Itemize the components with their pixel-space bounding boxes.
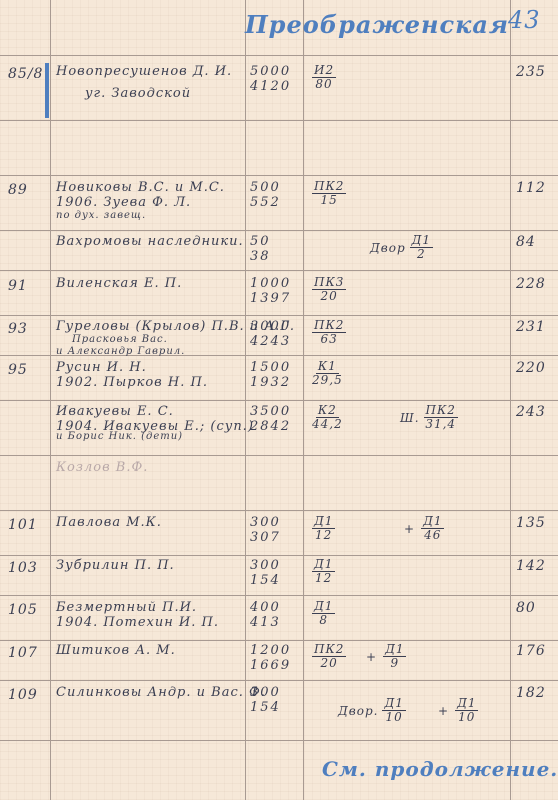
blue-margin-mark bbox=[45, 63, 49, 118]
fraction-numerator: ПК2 bbox=[312, 180, 346, 194]
fraction-numerator: К2 bbox=[316, 404, 339, 418]
fraction-denominator: 31,4 bbox=[425, 418, 456, 431]
class-fraction: Д18 bbox=[312, 600, 335, 627]
class-entry: Двор.Д110 bbox=[338, 697, 406, 724]
fraction-denominator: 9 bbox=[390, 657, 399, 670]
amount-value: 2842 bbox=[250, 419, 291, 434]
fraction-denominator: 15 bbox=[321, 194, 338, 207]
class-entry: ПК263 bbox=[312, 319, 346, 346]
owner-name-line: и Борис Ник. (дети) bbox=[56, 431, 183, 443]
class-fraction: ПК320 bbox=[312, 276, 346, 303]
class-entry: Д112 bbox=[312, 558, 335, 585]
owner-name-line: Шитиков А. М. bbox=[56, 643, 176, 658]
class-entry: ПК215 bbox=[312, 180, 346, 207]
fraction-denominator: 44,2 bbox=[312, 418, 343, 431]
fraction-numerator: Д1 bbox=[410, 234, 433, 248]
fraction-denominator: 10 bbox=[458, 711, 475, 724]
amount-value: 3500 bbox=[250, 404, 291, 419]
owner-name-line: Зубрилин П. П. bbox=[56, 558, 175, 573]
house-number: 109 bbox=[8, 687, 38, 703]
amount-value: 154 bbox=[250, 700, 281, 715]
class-entry: +Д110 bbox=[432, 697, 478, 724]
class-prefix: + bbox=[366, 650, 377, 664]
row-total: 142 bbox=[516, 558, 546, 574]
fraction-denominator: 80 bbox=[315, 78, 332, 91]
amount-value: 300 bbox=[250, 685, 281, 700]
class-prefix: + bbox=[438, 704, 449, 718]
amount-value: 1932 bbox=[250, 375, 291, 390]
fraction-denominator: 12 bbox=[315, 572, 332, 585]
amount-value: 413 bbox=[250, 615, 281, 630]
amount-value: 307 bbox=[250, 530, 281, 545]
fraction-numerator: Д1 bbox=[421, 515, 444, 529]
fraction-numerator: Д1 bbox=[382, 697, 405, 711]
fraction-denominator: 20 bbox=[321, 657, 338, 670]
class-fraction: И280 bbox=[312, 64, 336, 91]
amount-value: 500 bbox=[250, 180, 281, 195]
fraction-numerator: ПК2 bbox=[312, 319, 346, 333]
fraction-numerator: Д1 bbox=[312, 558, 335, 572]
class-entry: Д112 bbox=[312, 515, 335, 542]
row-rule bbox=[0, 595, 558, 596]
row-rule bbox=[0, 175, 558, 176]
amount-value: 4120 bbox=[250, 79, 291, 94]
fraction-numerator: К1 bbox=[316, 360, 339, 374]
amount-value: 300 bbox=[250, 515, 281, 530]
owner-name-line: 1902. Пырков Н. П. bbox=[56, 375, 208, 390]
house-number: 85/8 bbox=[8, 66, 43, 82]
class-entry: +Д19 bbox=[360, 643, 406, 670]
class-entry: +Д146 bbox=[398, 515, 444, 542]
amount-value: 1000 bbox=[250, 276, 291, 291]
house-number: 107 bbox=[8, 645, 38, 661]
house-number: 103 bbox=[8, 560, 38, 576]
class-fraction: ПК231,4 bbox=[424, 404, 458, 431]
fraction-denominator: 63 bbox=[321, 333, 338, 346]
row-total: 176 bbox=[516, 643, 546, 659]
owner-name-line: Виленская Е. П. bbox=[56, 276, 182, 291]
class-fraction: К129,5 bbox=[312, 360, 343, 387]
amount-value: 1200 bbox=[250, 643, 291, 658]
fraction-denominator: 8 bbox=[319, 614, 328, 627]
house-number: 91 bbox=[8, 278, 28, 294]
street-title: Преображенская bbox=[245, 10, 509, 39]
fraction-numerator: Д1 bbox=[455, 697, 478, 711]
row-rule bbox=[0, 400, 558, 401]
house-number: 95 bbox=[8, 362, 28, 378]
row-total: 235 bbox=[516, 64, 546, 80]
owner-name-line: Павлова М.К. bbox=[56, 515, 162, 530]
row-total: 243 bbox=[516, 404, 546, 420]
row-rule bbox=[0, 315, 558, 316]
row-total: 112 bbox=[516, 180, 546, 196]
fraction-numerator: И2 bbox=[312, 64, 336, 78]
owner-name-line: Безмертный П.И. bbox=[56, 600, 197, 615]
row-rule bbox=[0, 455, 558, 456]
house-number: 93 bbox=[8, 321, 28, 337]
class-entry: И280 bbox=[312, 64, 336, 91]
house-number: 105 bbox=[8, 602, 38, 618]
owner-name-line: по дух. завещ. bbox=[56, 210, 146, 222]
class-fraction: ПК220 bbox=[312, 643, 346, 670]
amount-value: 4243 bbox=[250, 334, 291, 349]
row-total: 84 bbox=[516, 234, 536, 250]
class-fraction: Д110 bbox=[382, 697, 405, 724]
row-rule bbox=[0, 680, 558, 681]
fraction-numerator: Д1 bbox=[383, 643, 406, 657]
class-prefix: Ш. bbox=[400, 411, 420, 425]
amount-value: 1397 bbox=[250, 291, 291, 306]
fraction-denominator: 20 bbox=[321, 290, 338, 303]
fraction-denominator: 2 bbox=[417, 248, 426, 261]
owner-name-line: Новопресушенов Д. И. bbox=[56, 64, 232, 79]
row-rule bbox=[0, 230, 558, 231]
class-fraction: Д112 bbox=[312, 558, 335, 585]
owner-name-line: Козлов В.Ф. bbox=[56, 460, 148, 475]
owner-name-line: Русин И. Н. bbox=[56, 360, 147, 375]
amount-value: 400 bbox=[250, 600, 281, 615]
amount-value: 5000 bbox=[250, 64, 291, 79]
row-total: 135 bbox=[516, 515, 546, 531]
fraction-numerator: ПК3 bbox=[312, 276, 346, 290]
fraction-numerator: Д1 bbox=[312, 600, 335, 614]
class-fraction: Д146 bbox=[421, 515, 444, 542]
class-fraction: Д19 bbox=[383, 643, 406, 670]
amount-value: 300 bbox=[250, 558, 281, 573]
owner-name-line: уг. Заводской bbox=[85, 86, 191, 101]
row-rule bbox=[0, 740, 558, 741]
class-entry: ПК320 bbox=[312, 276, 346, 303]
amount-value: 1669 bbox=[250, 658, 291, 673]
amount-value: 3000 bbox=[250, 319, 291, 334]
amount-value: 50 bbox=[250, 234, 271, 249]
class-fraction: ПК215 bbox=[312, 180, 346, 207]
class-entry: К244,2 bbox=[312, 404, 343, 431]
owner-name-line: и Александр Гаврил. bbox=[56, 346, 185, 358]
class-entry: Ш.ПК231,4 bbox=[400, 404, 458, 431]
row-total: 220 bbox=[516, 360, 546, 376]
fraction-denominator: 46 bbox=[424, 529, 441, 542]
class-fraction: ПК263 bbox=[312, 319, 346, 346]
class-prefix: + bbox=[404, 522, 415, 536]
row-rule bbox=[0, 120, 558, 121]
fraction-denominator: 10 bbox=[386, 711, 403, 724]
class-prefix: Двор bbox=[370, 241, 406, 255]
row-rule bbox=[0, 555, 558, 556]
row-total: 228 bbox=[516, 276, 546, 292]
class-fraction: Д12 bbox=[410, 234, 433, 261]
house-number: 89 bbox=[8, 182, 28, 198]
amount-value: 154 bbox=[250, 573, 281, 588]
row-rule bbox=[0, 55, 558, 56]
owner-name-line: 1904. Потехин И. П. bbox=[56, 615, 219, 630]
fraction-numerator: ПК2 bbox=[424, 404, 458, 418]
amount-value: 552 bbox=[250, 195, 281, 210]
owner-name-line: Силинковы Андр. и Вас. Ф. bbox=[56, 685, 266, 700]
class-prefix: Двор. bbox=[338, 704, 378, 718]
owner-name-line: Вахромовы наследники. bbox=[56, 234, 244, 249]
row-rule bbox=[0, 640, 558, 641]
class-entry: Д18 bbox=[312, 600, 335, 627]
row-total: 80 bbox=[516, 600, 536, 616]
owner-name-line: Прасковья Вас. bbox=[72, 334, 168, 346]
class-entry: К129,5 bbox=[312, 360, 343, 387]
owner-name-line: Новиковы В.С. и М.С. bbox=[56, 180, 225, 195]
row-rule bbox=[0, 510, 558, 511]
fraction-denominator: 29,5 bbox=[312, 374, 343, 387]
owner-name-line: Ивакуевы Е. С. bbox=[56, 404, 174, 419]
owner-name-line: 1906. Зуева Ф. Л. bbox=[56, 195, 191, 210]
class-fraction: Д110 bbox=[455, 697, 478, 724]
amount-value: 1500 bbox=[250, 360, 291, 375]
amount-value: 38 bbox=[250, 249, 271, 264]
fraction-numerator: ПК2 bbox=[312, 643, 346, 657]
class-entry: ПК220 bbox=[312, 643, 346, 670]
row-total: 231 bbox=[516, 319, 546, 335]
class-fraction: К244,2 bbox=[312, 404, 343, 431]
row-rule bbox=[0, 270, 558, 271]
ledger-page: Преображенская 43 85/8Новопресушенов Д. … bbox=[0, 0, 558, 800]
fraction-denominator: 12 bbox=[315, 529, 332, 542]
row-total: 182 bbox=[516, 685, 546, 701]
fraction-numerator: Д1 bbox=[312, 515, 335, 529]
house-number: 101 bbox=[8, 517, 38, 533]
page-number: 43 bbox=[508, 6, 541, 34]
class-fraction: Д112 bbox=[312, 515, 335, 542]
continuation-note: См. продолжение. bbox=[322, 757, 558, 781]
class-entry: ДворД12 bbox=[370, 234, 433, 261]
